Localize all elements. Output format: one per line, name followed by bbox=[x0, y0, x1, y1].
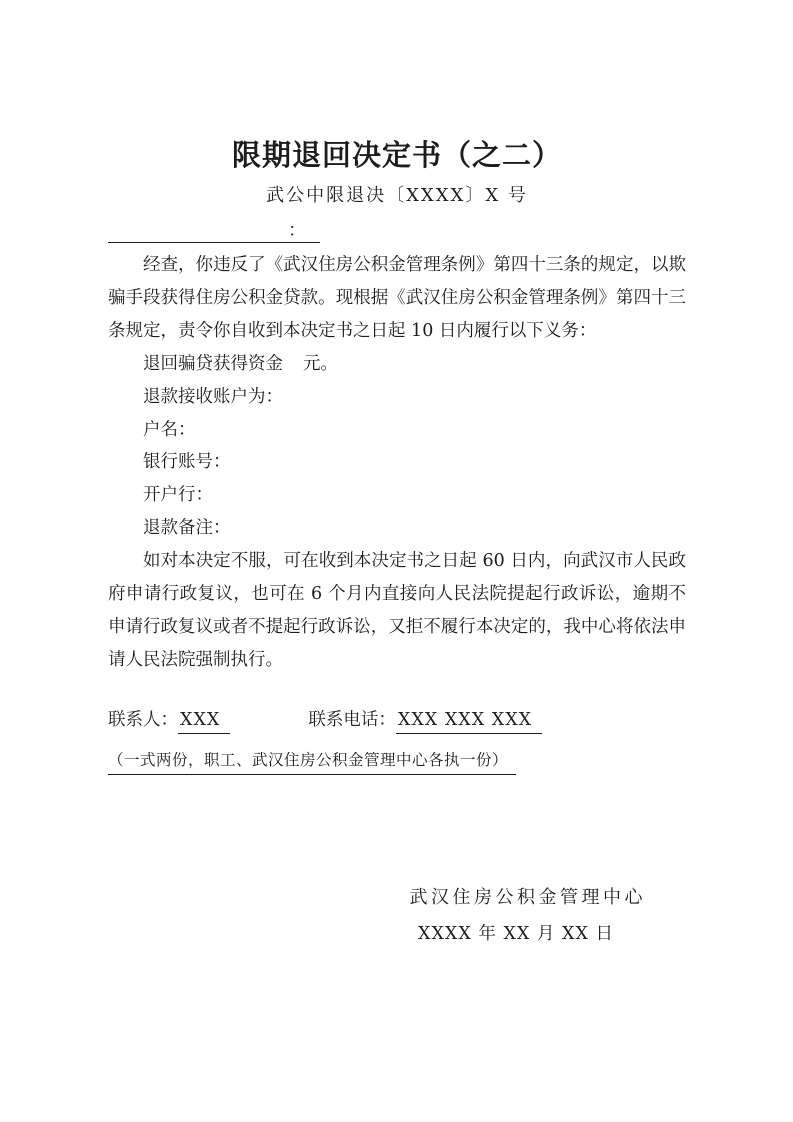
bank-branch-line: 开户行： bbox=[108, 479, 686, 512]
addressee-blank-field[interactable]: ： bbox=[108, 219, 320, 243]
contact-row: 联系人：XXX联系电话：XXX XXX XXX bbox=[108, 704, 686, 737]
paragraph-appeal: 如对本决定不服，可在收到本决定书之日起 60 日内，向武汉市人民政府申请行政复议… bbox=[108, 545, 686, 677]
signature-block: 武汉住房公积金管理中心 XXXX 年 XX 月 XX 日 bbox=[108, 881, 686, 951]
account-name-line: 户名： bbox=[108, 414, 686, 447]
refund-amount-unit: 元。 bbox=[303, 354, 338, 374]
copies-note: （一式两份，职工、武汉住房公积金管理中心各执一份） bbox=[108, 749, 516, 775]
contact-person-field[interactable]: XXX bbox=[178, 708, 230, 734]
document-page: 限期退回决定书（之二） 武公中限退决〔XXXX〕X 号 ： 经查，你违反了《武汉… bbox=[0, 0, 793, 1122]
document-body: 经查，你违反了《武汉住房公积金管理条例》第四十三条的规定，以欺骗手段获得住房公积… bbox=[108, 249, 686, 677]
refund-amount-blank-field[interactable] bbox=[283, 359, 303, 369]
document-title: 限期退回决定书（之二） bbox=[108, 136, 686, 174]
contact-phone-field[interactable]: XXX XXX XXX bbox=[396, 708, 542, 734]
paragraph-intro: 经查，你违反了《武汉住房公积金管理条例》第四十三条的规定，以欺骗手段获得住房公积… bbox=[108, 249, 686, 348]
addressee-colon: ： bbox=[288, 220, 306, 241]
refund-amount-label: 退回骗贷获得资金 bbox=[143, 354, 283, 374]
refund-amount-line: 退回骗贷获得资金元。 bbox=[108, 348, 686, 381]
signature-org: 武汉住房公积金管理中心 bbox=[108, 881, 686, 915]
signature-date: XXXX 年 XX 月 XX 日 bbox=[108, 917, 686, 951]
copies-note-row: （一式两份，职工、武汉住房公积金管理中心各执一份） bbox=[108, 749, 686, 775]
bank-account-line: 银行账号： bbox=[108, 446, 686, 479]
addressee-row: ： bbox=[108, 219, 686, 245]
refund-account-heading: 退款接收账户为： bbox=[108, 381, 686, 414]
contact-person-label: 联系人： bbox=[108, 710, 178, 730]
refund-note-line: 退款备注： bbox=[108, 512, 686, 545]
contact-phone-label: 联系电话： bbox=[308, 710, 396, 730]
document-number: 武公中限退决〔XXXX〕X 号 bbox=[108, 183, 686, 209]
